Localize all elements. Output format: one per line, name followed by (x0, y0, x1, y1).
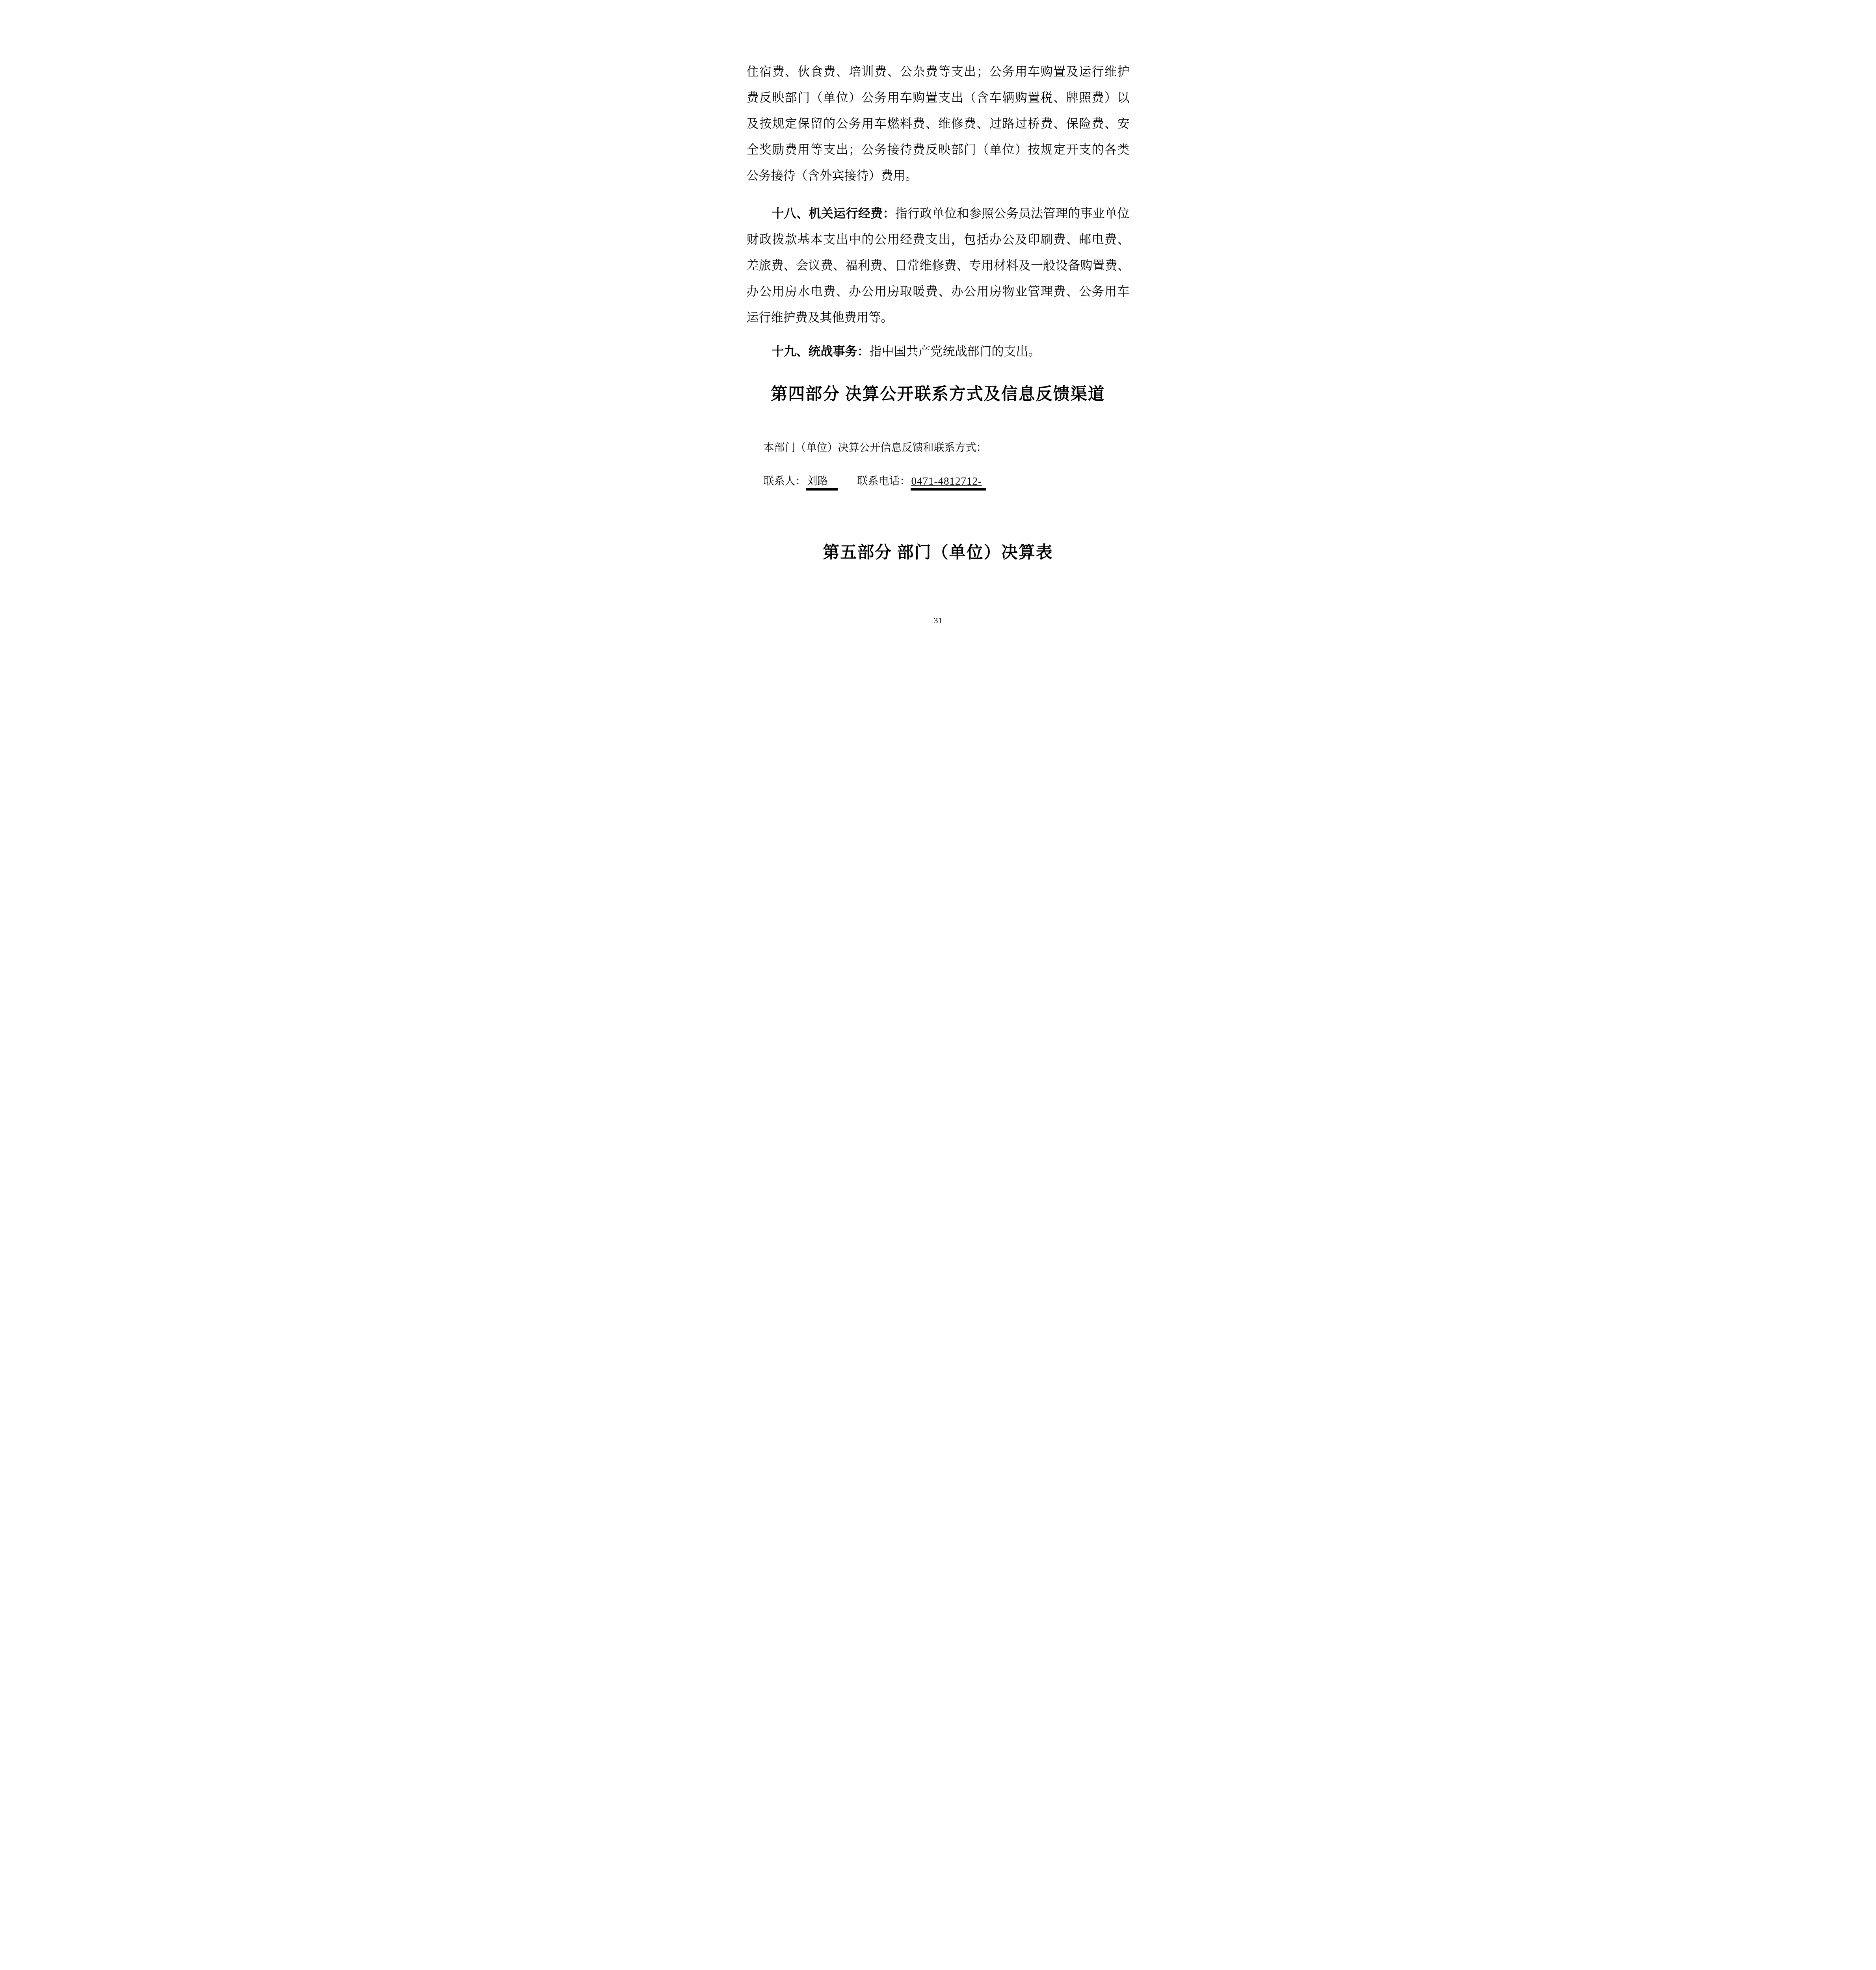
body-line: 及按规定保留的公务用车燃料费、维修费、过路过桥费、保险费、安 (747, 111, 1130, 137)
body-line: 差旅费、会议费、福利费、日常维修费、专用材料及一般设备购置费、 (747, 253, 1130, 279)
contact-line: 联系人：刘路联系电话：0471-4812712- (747, 473, 1130, 489)
body-line: 公务接待（含外宾接待）费用。 (747, 163, 1130, 189)
body-line: 住宿费、伙食费、培训费、公杂费等支出；公务用车购置及运行维护 (747, 59, 1130, 85)
paragraph-19-united-front: 十九、统战事务：指中国共产党统战部门的支出。 (747, 338, 1130, 364)
contact-person-name: 刘路 (806, 475, 838, 491)
feedback-intro-line: 本部门（单位）决算公开信息反馈和联系方式： (747, 440, 1130, 455)
section4-heading: 第四部分 决算公开联系方式及信息反馈渠道 (747, 382, 1130, 407)
paragraph-18-organ-operating-funds: 十八、机关运行经费：指行政单位和参照公务员法管理的事业单位 财政拨款基本支出中的… (747, 201, 1130, 331)
body-line: 财政拨款基本支出中的公用经费支出，包括办公及印刷费、邮电费、 (747, 227, 1130, 253)
page-content: 住宿费、伙食费、培训费、公杂费等支出；公务用车购置及运行维护 费反映部门（单位）… (704, 0, 1173, 565)
contact-person-label: 联系人： (764, 475, 806, 487)
body-line: 办公用房水电费、办公用房取暖费、办公用房物业管理费、公务用车 (747, 279, 1130, 305)
body-line: 十八、机关运行经费：指行政单位和参照公务员法管理的事业单位 (747, 201, 1130, 227)
phone-label: 联系电话： (857, 475, 911, 487)
section5-heading: 第五部分 部门（单位）决算表 (747, 541, 1130, 565)
document-page: 住宿费、伙食费、培训费、公杂费等支出；公务用车购置及运行维护 费反映部门（单位）… (704, 0, 1173, 663)
page-number: 31 (704, 615, 1173, 626)
phone-number: 0471-4812712- (911, 475, 986, 491)
paragraph-expense-continuation: 住宿费、伙食费、培训费、公杂费等支出；公务用车购置及运行维护 费反映部门（单位）… (747, 59, 1130, 189)
body-line: 十九、统战事务：指中国共产党统战部门的支出。 (747, 338, 1130, 364)
body-line: 费反映部门（单位）公务用车购置支出（含车辆购置税、牌照费）以 (747, 85, 1130, 111)
body-line: 运行维护费及其他费用等。 (747, 305, 1130, 331)
body-line: 全奖励费用等支出；公务接待费反映部门（单位）按规定开支的各类 (747, 137, 1130, 163)
term-label-18: 十八、机关运行经费： (772, 206, 895, 220)
term-definition-18: 指行政单位和参照公务员法管理的事业单位 (895, 206, 1130, 220)
term-label-19: 十九、统战事务： (772, 344, 870, 358)
term-definition-19: 指中国共产党统战部门的支出。 (870, 344, 1041, 358)
